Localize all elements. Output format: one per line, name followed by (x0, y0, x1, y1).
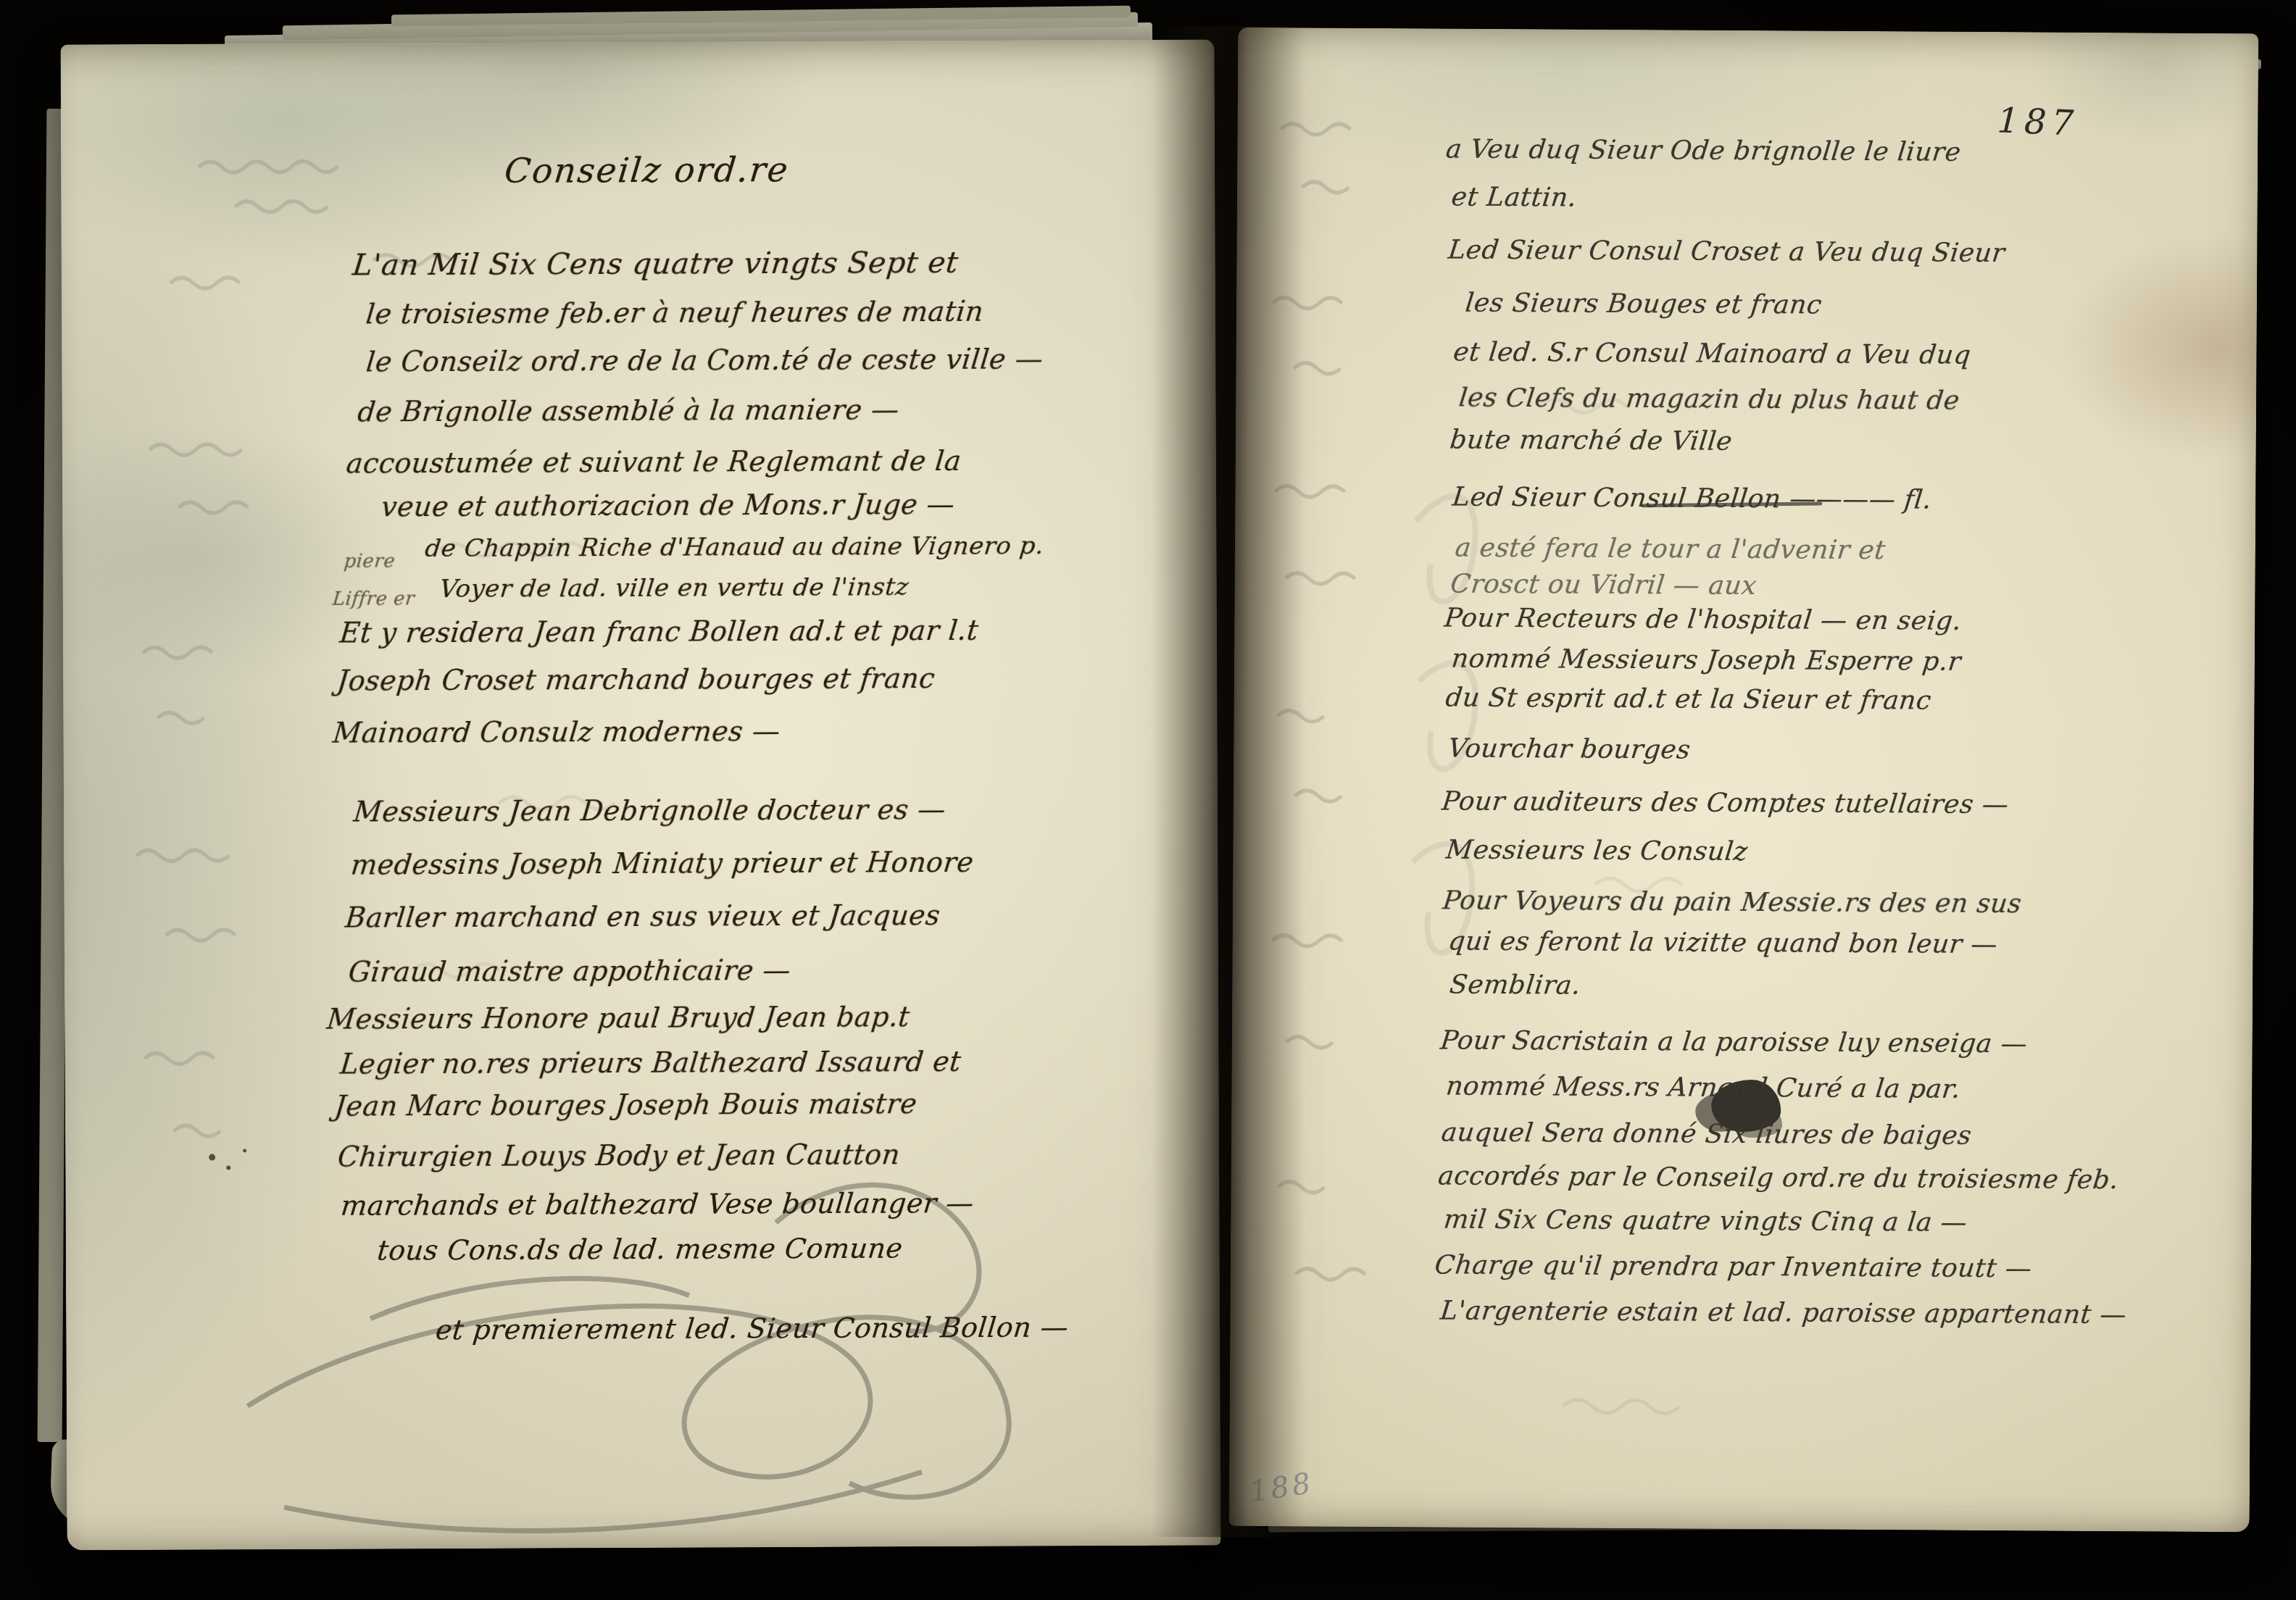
page-number-ink: 187 (1996, 100, 2079, 144)
manuscript-line: Messieurs les Consulz (1444, 836, 1750, 867)
manuscript-line: Barller marchand en sus vieux et Jacques (344, 899, 942, 934)
ink-speckle (209, 1154, 215, 1161)
manuscript-line: nommé Mess.rs Arnaud Curé a la par. (1444, 1072, 1962, 1104)
manuscript-line: marchands et balthezard Vese boullanger … (339, 1187, 976, 1222)
marginal-note: piere (343, 550, 396, 572)
manuscript-line: a Veu duq Sieur Ode brignolle le liure (1444, 134, 1963, 167)
manuscript-line: de Brignolle assemblé à la maniere — (356, 393, 901, 428)
ink-speckle (226, 1165, 230, 1170)
manuscript-line: veue et authorizacion de Mons.r Juge — (380, 488, 956, 522)
manuscript-line: medessins Joseph Miniaty prieur et Honor… (349, 846, 975, 881)
manuscript-line: les Sieurs Bouges et franc (1464, 288, 1823, 320)
manuscript-line: nommé Messieurs Joseph Esperre p.r (1450, 644, 1963, 677)
manuscript-scan: Conseilz ord.re piere Liffre er L'an Mil… (0, 0, 2296, 1600)
manuscript-line: Semblira. (1448, 970, 1582, 1001)
manuscript-line: auquel Sera donné Six liures de baiges (1440, 1117, 1973, 1150)
manuscript-line: Charge qu'il prendra par Inventaire tout… (1434, 1250, 2034, 1283)
manuscript-line: Giraud maistre appothicaire — (347, 954, 792, 988)
manuscript-line: Led Sieur Consul Bellon ———— fl. (1451, 483, 1933, 515)
manuscript-line: les Clefs du magazin du plus haut de (1457, 383, 1961, 416)
marginal-note: Liffre er (331, 588, 415, 610)
manuscript-line: Mainoard Consulz modernes — (331, 715, 781, 749)
left-page: Conseilz ord.re piere Liffre er L'an Mil… (60, 40, 1220, 1551)
manuscript-line: Messieurs Honore paul Bruyd Jean bap.t (325, 1001, 912, 1036)
manuscript-line: le troisiesme feb.er à neuf heures de ma… (365, 296, 986, 330)
manuscript-line: Et y residera Jean franc Bollen ad.t et … (338, 614, 980, 649)
manuscript-line: Pour auditeurs des Comptes tutellaires — (1441, 786, 2010, 820)
manuscript-line: accoustumée et suivant le Reglemant de l… (345, 445, 963, 480)
manuscript-line: et led. S.r Consul Mainoard a Veu duq (1452, 338, 1972, 370)
manuscript-line: mil Six Cens quatre vingts Cinq a la — (1442, 1204, 1969, 1237)
manuscript-line: accordés par le Conseilg ord.re du trois… (1436, 1161, 2120, 1195)
manuscript-line: bute marché de Ville (1449, 425, 1734, 457)
manuscript-line: Pour Sacristain a la paroisse luy enseig… (1439, 1025, 2029, 1059)
ink-speckle (243, 1149, 246, 1152)
manuscript-line: Vourchar bourges (1447, 734, 1692, 765)
manuscript-line: du St esprit ad.t et la Sieur et franc (1444, 683, 1933, 715)
manuscript-line: Jean Marc bourges Joseph Bouis maistre (333, 1088, 919, 1122)
manuscript-line: Crosct ou Vidril — aux (1449, 570, 1758, 601)
manuscript-line: le Conseilz ord.re de la Com.té de ceste… (365, 343, 1044, 378)
manuscript-line: L'an Mil Six Cens quatre vingts Sept et (351, 245, 960, 283)
manuscript-line: qui es feront la vizitte quand bon leur … (1447, 927, 1999, 960)
manuscript-line: a esté fera le tour a l'advenir et (1454, 533, 1887, 566)
manuscript-line: Voyer de lad. ville en vertu de l'instz (438, 572, 910, 604)
manuscript-line: Joseph Croset marchand bourges et franc (336, 662, 936, 697)
right-page: 187 188 a Veu duq Sieur Ode brignolle le… (1229, 28, 2259, 1533)
page-number-pencil: 188 (1247, 1467, 1315, 1509)
manuscript-line: Legier no.res prieurs Balthezard Issaurd… (338, 1046, 962, 1080)
manuscript-line: L'argenterie estain et lad. paroisse app… (1439, 1296, 2128, 1330)
manuscript-line: et premierement led. Sieur Consul Bollon… (434, 1311, 1070, 1346)
manuscript-line: Messieurs Jean Debrignolle docteur es — (352, 793, 947, 828)
manuscript-line: Pour Voyeurs du pain Messie.rs des en su… (1442, 886, 2023, 919)
manuscript-line: de Chappin Riche d'Hanaud au daine Vigne… (424, 532, 1046, 564)
manuscript-line: Pour Recteurs de l'hospital — en seig. (1443, 603, 1963, 636)
manuscript-line: tous Cons.ds de lad. mesme Comune (376, 1232, 904, 1266)
manuscript-line: Led Sieur Consul Croset a Veu duq Sieur (1447, 236, 2006, 269)
manuscript-line: et Lattin. (1450, 183, 1578, 213)
manuscript-line: Chirurgien Louys Body et Jean Cautton (336, 1138, 902, 1172)
section-heading: Conseilz ord.re (502, 150, 791, 191)
